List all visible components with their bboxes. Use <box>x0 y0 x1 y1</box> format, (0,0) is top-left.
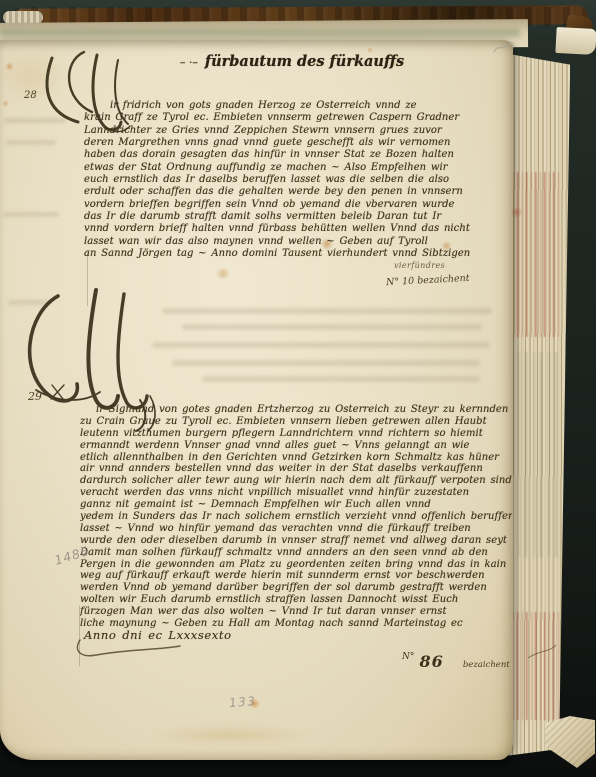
manuscript-line: Pergen in die gewonnden am Platz zu geor… <box>80 559 512 571</box>
manuscript-line: Anno dni ec Lxxxsexto <box>80 630 512 642</box>
manuscript-line: wolten wir Euch darumb ernstlich straffe… <box>80 594 512 606</box>
registration-word: bezaichent <box>463 660 510 670</box>
manuscript-line: air vnnd annders bestellen vnnd das weit… <box>80 463 512 475</box>
manuscript-line: haben das dorain gesagten das hinfür in … <box>84 149 512 161</box>
show-through-line <box>4 118 66 123</box>
manuscript-line: liche maynung ~ Geben zu Hall am Montag … <box>80 618 512 630</box>
registration-note-entry2: N° 86 bezaichent <box>402 652 510 671</box>
manuscript-line: fürzogen Man wer das also wolten ~ Vnnd … <box>80 606 512 618</box>
manuscript-line: wurde den oder dieselben darumb in vnnse… <box>80 535 512 547</box>
manuscript-line: yedem in Sunders das Ir nach solichem er… <box>80 511 512 523</box>
fore-edge-green-bleed <box>510 352 560 557</box>
entry-heading: – ·–fürbautum des fürkauffs <box>142 53 442 70</box>
manuscript-line: etlich allennthalben in den Gerichten vn… <box>80 452 512 464</box>
margin-number-entry1: 28 <box>24 90 37 101</box>
manuscript-line: krain Graff ze Tyrol ec. Embieten vnnser… <box>84 112 512 124</box>
manuscript-line: dardurch solicher aller tewr aung wir hi… <box>80 475 512 487</box>
manuscript-line: deren Margrethen vnns gnad vnnd guete ge… <box>84 137 512 149</box>
manuscript-line: an Sannd Jörgen tag ~ Anno domini Tausen… <box>84 248 512 260</box>
manuscript-line: erdult oder schaffen das die gehalten we… <box>84 186 512 198</box>
interlinear-note: vierfündres <box>394 261 445 270</box>
manuscript-line: werden Vnnd ob yemand darüber begriffen … <box>80 582 512 594</box>
pencil-folio-number: 133 <box>228 694 257 710</box>
stain <box>2 100 9 107</box>
manuscript-line: etwas der Stat Ordnung auffundig ze mach… <box>84 162 512 174</box>
manuscript-line: lasset wan wir das also maynen vnnd well… <box>84 236 512 248</box>
manuscript-photo: – ·–fürbautum des fürkauffs 28 ir fridri… <box>0 0 596 777</box>
manuscript-line: zu Crain Graue zu Tyroll ec. Embieten vn… <box>80 416 512 428</box>
manuscript-line: ir Sigmund von gotes gnaden Ertzherzog z… <box>80 404 512 416</box>
manuscript-line: leutenn vitzthumen burgern pflegern Lann… <box>80 428 512 440</box>
registration-number: 86 <box>419 652 443 671</box>
margin-number-entry2: 29 <box>28 390 42 403</box>
manuscript-line: vnnd vordern brieff halten vnnd fürbass … <box>84 223 512 235</box>
show-through-line <box>6 140 56 145</box>
stain <box>214 268 232 279</box>
page-corner-top-right <box>555 27 596 55</box>
page-corner-stack-lines <box>545 716 595 768</box>
stain <box>150 726 310 744</box>
fore-edge-red-bleed-top <box>508 172 562 337</box>
manuscript-line: ermanndt werdenn Vnnser gnad vnnd alles … <box>80 440 512 452</box>
manuscript-line: lasset ~ Vnnd wo hinfür yemand das verac… <box>80 523 512 535</box>
stain <box>511 206 522 219</box>
manuscript-line: das Ir die darumb strafft damit solhs ve… <box>84 211 512 223</box>
heading-dashes: – ·– <box>180 56 198 69</box>
manuscript-line: ir fridrich von gots gnaden Herzog ze Os… <box>84 100 512 112</box>
show-through-line <box>202 376 480 382</box>
show-through-line <box>172 360 480 366</box>
manuscript-line: Lanndrichter ze Gries vnnd Zeppichen Ste… <box>84 125 512 137</box>
manuscript-line: veracht werden das vnns nicht vnpillich … <box>80 487 512 499</box>
manuscript-line: weg auf fürkauff erkauft werde hierin mi… <box>80 570 512 582</box>
fore-edge-red-bleed-bottom <box>508 612 562 720</box>
manuscript-line: Damit man solhen fürkauff schmaltz vnnd … <box>80 547 512 559</box>
manuscript-line: vordern brieffen begriffen sein Vnnd ob … <box>84 199 512 211</box>
entry2-text-block: ir Sigmund von gotes gnaden Ertzherzog z… <box>80 404 512 642</box>
manuscript-line: euch ernstlich das Ir daselbs beruffen l… <box>84 174 512 186</box>
manuscript-line: gannz nit gemaint ist ~ Demnach Empfelhe… <box>80 499 512 511</box>
show-through-line <box>162 308 492 314</box>
show-through-line <box>8 300 50 305</box>
registration-no-label: N° <box>402 652 414 662</box>
page-top-edges-smudge <box>0 28 520 37</box>
show-through-line <box>152 342 490 348</box>
show-through-line <box>182 324 482 330</box>
show-through-line <box>3 212 59 217</box>
heading-text: fürbautum des fürkauffs <box>205 53 404 70</box>
entry1-text-block: ir fridrich von gots gnaden Herzog ze Os… <box>84 100 512 260</box>
